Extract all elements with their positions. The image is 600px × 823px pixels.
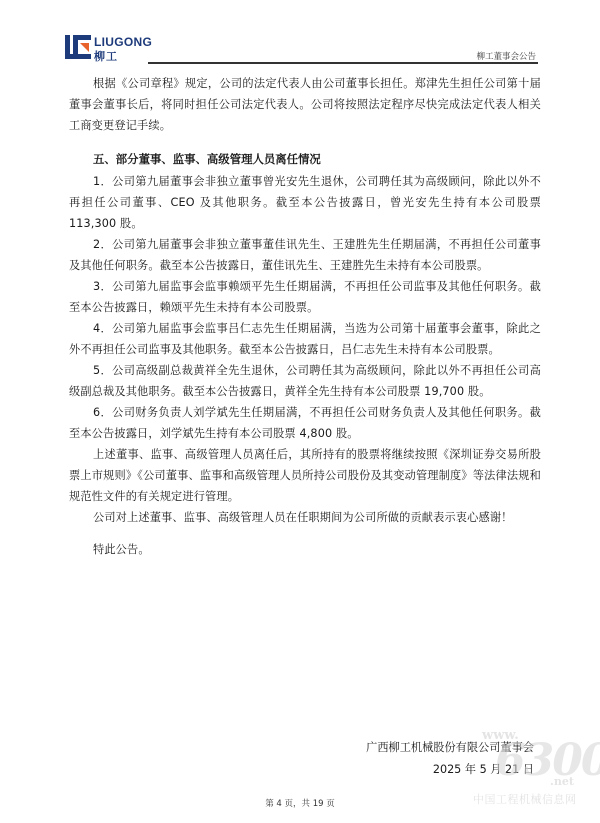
header-title: 柳工董事会公告 [476, 50, 536, 62]
liugong-logo-mark-icon [65, 34, 91, 60]
share-management-paragraph: 上述董事、监事、高级管理人员离任后，其所持有的股票将继续按照《深圳证券交易所股票… [69, 444, 541, 507]
thanks-paragraph: 公司对上述董事、监事、高级管理人员在任职期间为公司所做的贡献表示衷心感谢！ [69, 507, 541, 528]
document-page: LIUGONG 柳工 柳工董事会公告 根据《公司章程》规定，公司的法定代表人由公… [0, 0, 600, 823]
list-item: 1．公司第九届董事会非独立董事曾光安先生退休，公司聘任其为高级顾问，除此以外不再… [69, 171, 541, 234]
header-divider [148, 62, 538, 64]
list-item: 3．公司第九届监事会监事赖颂平先生任期届满，不再担任公司监事及其他任何职务。截至… [69, 276, 541, 318]
document-body: 根据《公司章程》规定，公司的法定代表人由公司董事长担任。郑津先生担任公司第十届董… [69, 73, 541, 560]
list-item: 4．公司第九届监事会监事吕仁志先生任期届满，当选为公司第十届董事会董事，除此之外… [69, 318, 541, 360]
signature-date: 2025 年 5 月 21 日 [433, 761, 534, 777]
spacer [69, 528, 541, 539]
liugong-logo: LIUGONG 柳工 [65, 34, 165, 62]
closing-text: 特此公告。 [69, 539, 541, 560]
section-heading: 五、部分董事、监事、高级管理人员离任情况 [69, 147, 541, 171]
page-number: 第 4 页，共 19 页 [0, 797, 600, 809]
list-item: 5．公司高级副总裁黄祥全先生退休，公司聘任其为高级顾问，除此以外不再担任公司高级… [69, 360, 541, 402]
signature-organization: 广西柳工机械股份有限公司董事会 [366, 739, 534, 755]
intro-paragraph: 根据《公司章程》规定，公司的法定代表人由公司董事长担任。郑津先生担任公司第十届董… [69, 73, 541, 136]
watermark-net: .net [550, 775, 574, 788]
list-item: 6．公司财务负责人刘学斌先生任期届满，不再担任公司财务负责人及其他任何职务。截至… [69, 402, 541, 444]
logo-text-en: LIUGONG [94, 35, 152, 49]
logo-text-cn: 柳工 [94, 48, 118, 64]
list-item: 2．公司第九届董事会非独立董事董佳讯先生、王建胜先生任期届满，不再担任公司董事及… [69, 234, 541, 276]
